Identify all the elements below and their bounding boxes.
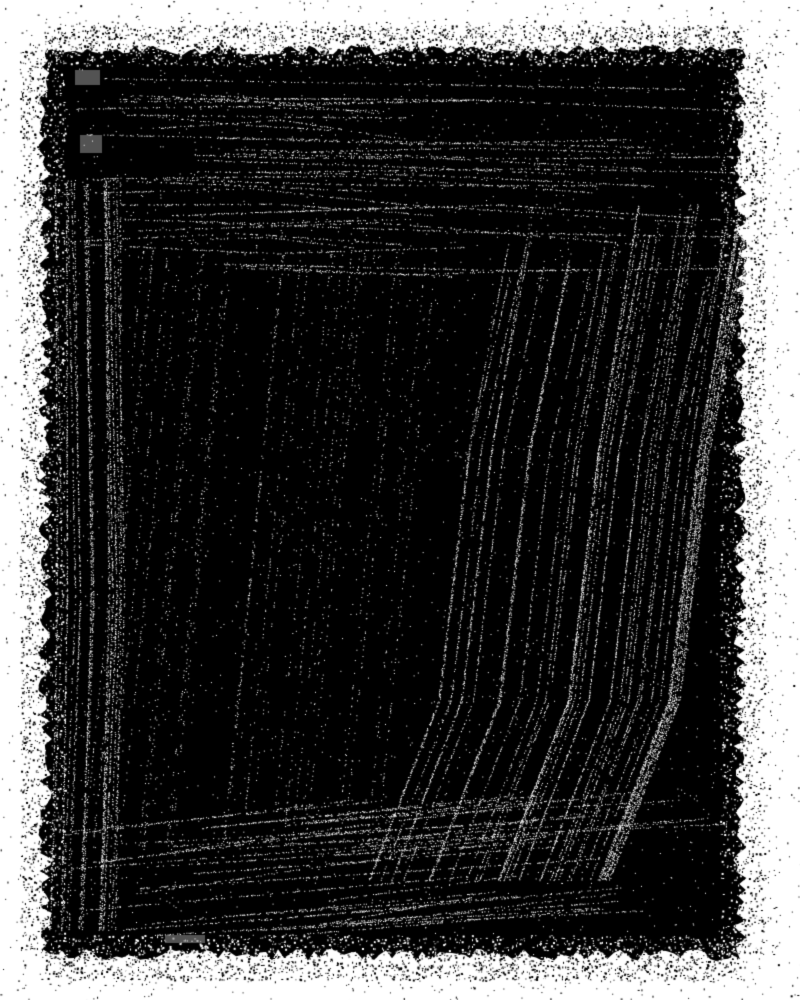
charcoal-rectangle xyxy=(0,0,800,1000)
grunge-texture-artwork xyxy=(0,0,800,1000)
